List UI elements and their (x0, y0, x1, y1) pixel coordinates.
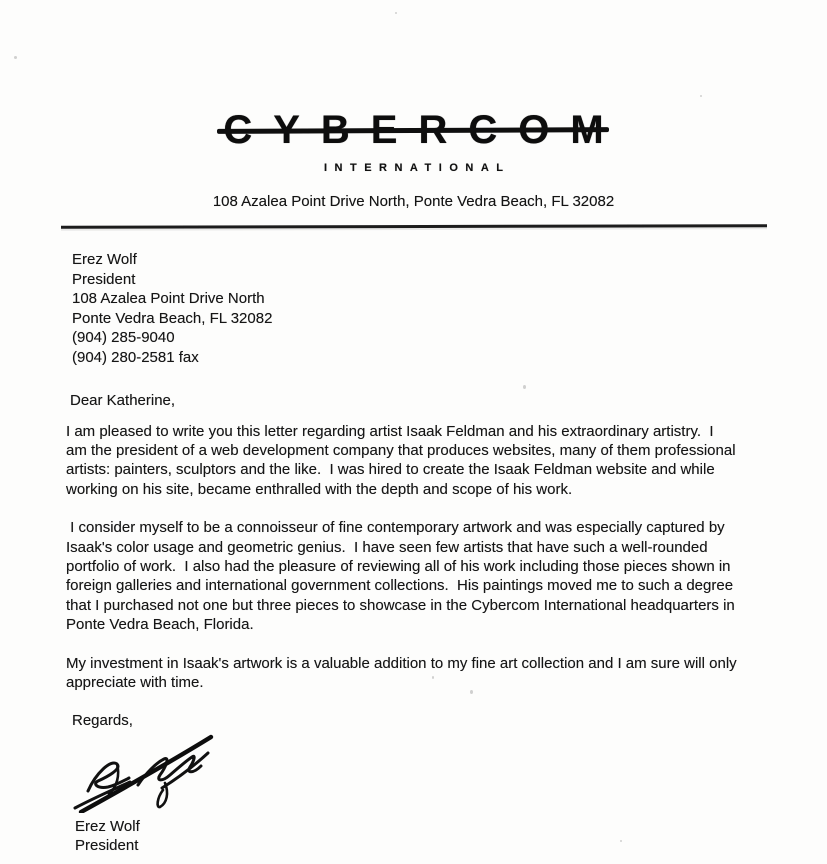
paragraph-1: I am pleased to write you this letter re… (66, 422, 778, 500)
scan-speckle (395, 12, 397, 14)
signature-image (72, 733, 222, 813)
sender-block: Erez Wolf President 108 Azalea Point Dri… (72, 250, 827, 367)
scan-speckle (620, 840, 622, 842)
sender-address1: 108 Azalea Point Drive North (72, 289, 827, 309)
signoff-name: Erez Wolf (75, 817, 827, 837)
signoff-title: President (75, 836, 827, 856)
signoff-block: Erez Wolf President (75, 817, 827, 856)
scanned-letter-page: CYBERCOM INTERNATIONAL 108 Azalea Point … (0, 0, 827, 864)
scan-speckle (700, 95, 702, 97)
salutation: Dear Katherine, (70, 391, 827, 411)
scan-speckle (523, 385, 526, 389)
letterhead-address: 108 Azalea Point Drive North, Ponte Vedr… (0, 193, 827, 210)
paragraph-2: I consider myself to be a connoisseur of… (66, 518, 778, 634)
scan-speckle (470, 690, 473, 694)
sender-phone: (904) 285-9040 (72, 328, 827, 348)
paragraph-3: My investment in Isaak's artwork is a va… (66, 654, 778, 693)
sender-name: Erez Wolf (72, 250, 827, 270)
scan-speckle (14, 56, 17, 59)
scan-speckle (432, 676, 434, 679)
closing: Regards, (72, 711, 827, 731)
company-logo-subtitle: INTERNATIONAL (324, 162, 511, 174)
sender-address2: Ponte Vedra Beach, FL 32082 (72, 309, 827, 329)
company-logo: CYBERCOM (0, 108, 827, 153)
sender-fax: (904) 280-2581 fax (72, 348, 827, 368)
letter-body: Erez Wolf President 108 Azalea Point Dri… (0, 228, 827, 856)
sender-title: President (72, 270, 827, 290)
letterhead: CYBERCOM INTERNATIONAL 108 Azalea Point … (0, 0, 827, 228)
